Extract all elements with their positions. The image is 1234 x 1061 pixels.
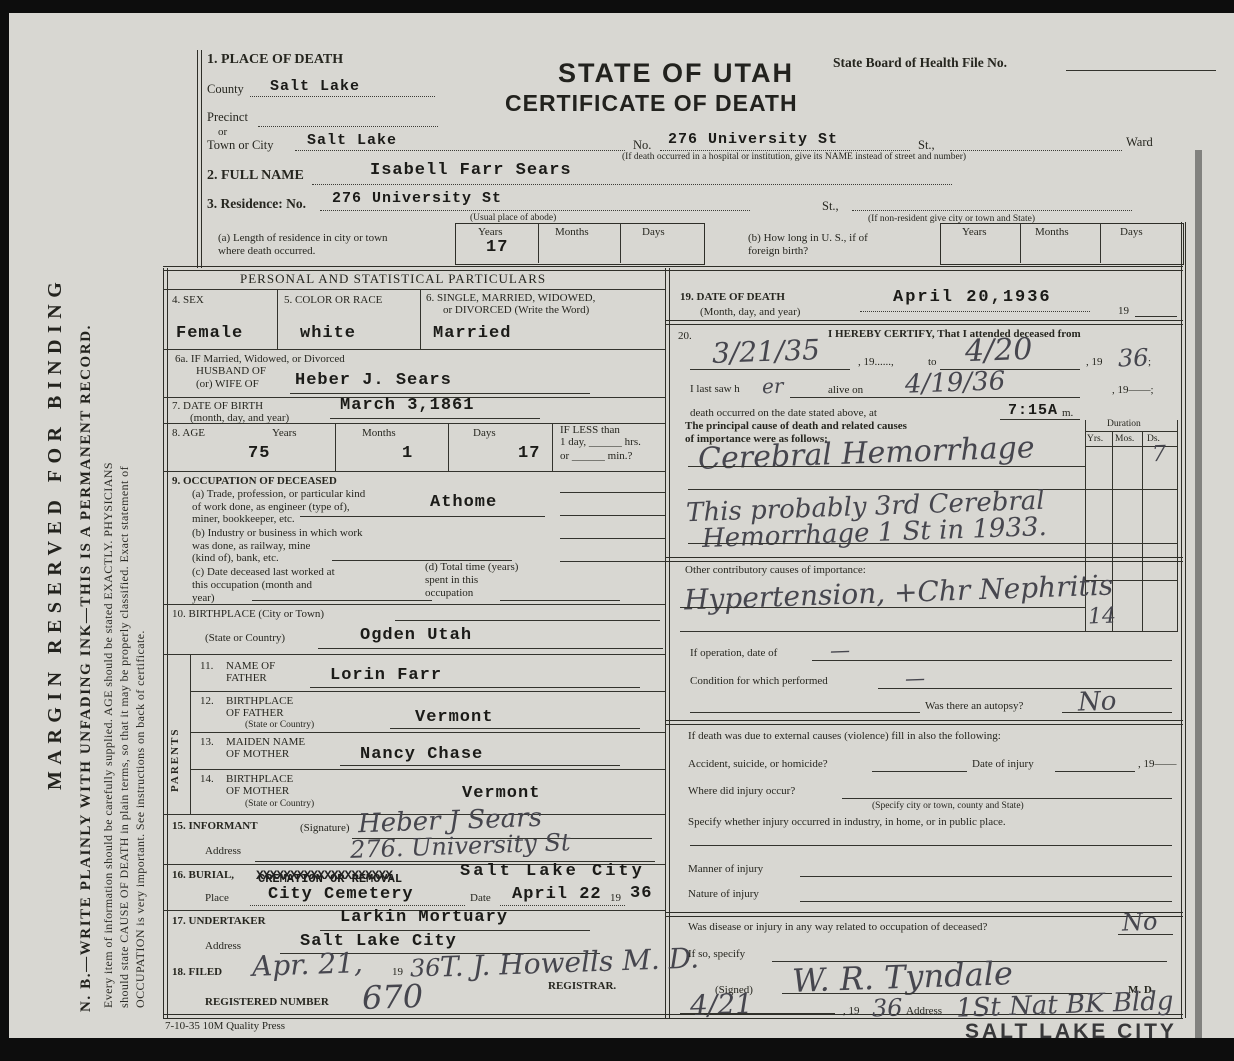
- death-occurred-label: death occurred on the date stated above,…: [690, 407, 877, 419]
- last-saw-label: I last saw h: [690, 383, 740, 395]
- rule: [1112, 431, 1113, 632]
- burial-year-value: 36: [630, 884, 652, 903]
- rule: [190, 769, 665, 770]
- st2-label: St.,: [822, 199, 839, 214]
- age-label: 8. AGE: [172, 427, 205, 439]
- rule: [1135, 316, 1177, 317]
- accident-label: Accident, suicide, or homicide?: [688, 758, 828, 770]
- occupation-a-label: (a) Trade, profession, or particular kin…: [192, 488, 365, 526]
- rule: [1020, 223, 1021, 263]
- rule: [800, 876, 1172, 877]
- sex-label: 4. SEX: [172, 294, 204, 306]
- rule: [1142, 431, 1143, 632]
- burial-value: Salt Lake City: [460, 862, 645, 881]
- rule: [552, 423, 553, 471]
- spouse-value: Heber J. Sears: [295, 371, 452, 390]
- related-occupation-value: No: [1122, 907, 1158, 936]
- form-title: STATE OF UTAH: [558, 58, 794, 89]
- rule: [680, 1013, 835, 1014]
- signed-date-value: 4/21: [689, 987, 753, 1022]
- father-birthplace-sub: (State or Country): [245, 720, 314, 730]
- spouse-label-2: HUSBAND OF: [196, 365, 266, 377]
- rule: [665, 720, 1183, 725]
- full-name-value: Isabell Farr Sears: [370, 161, 572, 180]
- to-label: to: [928, 356, 937, 368]
- age-days-header: Days: [473, 427, 496, 439]
- mother-birthplace-value: Vermont: [462, 784, 540, 803]
- mother-birthplace-num: 14.: [200, 773, 214, 785]
- mother-name-label: MAIDEN NAME OF MOTHER: [226, 736, 305, 760]
- rule: [340, 765, 620, 766]
- date-of-death-value: April 20,1936: [893, 288, 1052, 307]
- burial-place-label: Place: [205, 892, 229, 904]
- mother-birthplace-sub: (State or Country): [245, 799, 314, 809]
- if-less-label-3: or ______ min.?: [560, 450, 632, 462]
- rule: [560, 538, 665, 539]
- county-value: Salt Lake: [270, 78, 360, 95]
- rule: [250, 96, 435, 97]
- rule: [1000, 419, 1080, 420]
- rule: [250, 905, 465, 906]
- alive-on-label: alive on: [828, 384, 863, 396]
- rule: [390, 728, 640, 729]
- date-of-death-sub: (Month, day, and year): [700, 306, 800, 318]
- burial-place-value: City Cemetery: [268, 885, 414, 904]
- rule: [790, 397, 1080, 398]
- semicolon: ;: [1148, 356, 1151, 368]
- or-label: or: [218, 126, 227, 138]
- margin-binding-note: MARGIN RESERVED FOR BINDING: [44, 276, 67, 790]
- rule: [620, 223, 621, 263]
- marital-value: Married: [433, 324, 511, 343]
- rule: [800, 901, 1172, 902]
- place-of-death-heading: 1. PLACE OF DEATH: [207, 52, 343, 68]
- rule: [660, 150, 910, 151]
- header-left-border: [197, 50, 202, 268]
- rule: [560, 492, 665, 493]
- precinct-label: Precinct: [207, 110, 248, 125]
- rule: [320, 930, 590, 931]
- hospital-note: (If death occurred in a hospital or inst…: [622, 152, 966, 162]
- registered-number-label: REGISTERED NUMBER: [205, 996, 329, 1008]
- us-length-label: (b) How long in U. S., if of foreign bir…: [748, 232, 868, 258]
- form-subtitle: CERTIFICATE OF DEATH: [505, 90, 798, 117]
- months-header: Months: [1035, 226, 1069, 238]
- residence-label: 3. Residence: No.: [207, 196, 306, 212]
- cause-duration-days-value: 7: [1152, 442, 1167, 467]
- contrib-duration-value: 14: [1088, 604, 1117, 630]
- duration-yrs-header: Yrs.: [1087, 434, 1103, 444]
- signature-label: (Signature): [300, 822, 349, 834]
- filed-19-label: 19: [392, 966, 403, 978]
- paper-background: [8, 13, 1234, 1038]
- age-days-value: 17: [518, 444, 540, 463]
- spouse-label-3: (or) WIFE OF: [196, 378, 259, 390]
- age-years-value: 75: [248, 444, 270, 463]
- page-edge-shadow: [1195, 150, 1202, 1038]
- rule: [852, 210, 1132, 211]
- section-title: PERSONAL AND STATISTICAL PARTICULARS: [240, 271, 546, 287]
- rule: [500, 905, 625, 906]
- margin-nb-note: N. B.—WRITE PLAINLY WITH UNFADING INK—TH…: [78, 324, 95, 1012]
- rule: [690, 369, 850, 370]
- attended-to-value: 4/20: [964, 332, 1033, 369]
- father-name-label: NAME OF FATHER: [226, 660, 275, 684]
- age-months-value: 1: [402, 444, 413, 463]
- rule: [163, 289, 665, 290]
- occupation-b-label: (b) Industry or business in which work w…: [192, 527, 362, 565]
- occupation-d-label: (d) Total time (years) spent in this occ…: [425, 561, 518, 600]
- rule: [277, 290, 278, 350]
- dob-value: March 3,1861: [340, 396, 474, 415]
- rule: [163, 654, 665, 655]
- date-of-death-label: 19. DATE OF DEATH: [680, 291, 785, 303]
- last-saw-date-value: 4/19/36: [905, 366, 1006, 399]
- rule: [312, 184, 952, 185]
- rule: [812, 660, 1172, 661]
- town-label: Town or City: [207, 138, 274, 153]
- birthplace-label: 10. BIRTHPLACE (City or Town): [172, 608, 324, 620]
- occupation-label: 9. OCCUPATION OF DECEASED: [172, 475, 337, 487]
- rule: [688, 543, 1085, 544]
- specify-note: (Specify city or town, county and State): [872, 801, 1024, 811]
- rule: [420, 290, 421, 350]
- rule: [860, 311, 1090, 312]
- rule: [878, 688, 1172, 689]
- marital-label: 6. SINGLE, MARRIED, WIDOWED,: [426, 292, 595, 304]
- rule: [1118, 934, 1173, 935]
- race-label: 5. COLOR OR RACE: [284, 294, 382, 306]
- registered-number-value: 670: [361, 977, 423, 1017]
- mother-name-num: 13.: [200, 736, 214, 748]
- rule: [1066, 70, 1216, 71]
- form-right-border: [1181, 222, 1186, 1018]
- injury-date-label: Date of injury: [972, 758, 1034, 770]
- days-header: Days: [642, 226, 665, 238]
- years-header: Years: [962, 226, 987, 238]
- rule: [1085, 543, 1177, 544]
- specify-injury-label: Specify whether injury occurred in indus…: [688, 816, 1006, 828]
- scan-edge-top: [0, 0, 1234, 13]
- rule: [163, 471, 665, 472]
- rule: [190, 732, 665, 733]
- sex-value: Female: [176, 324, 243, 343]
- county-label: County: [207, 82, 244, 97]
- residence-length-label: (a) Length of residence in city or town …: [218, 232, 388, 258]
- spouse-label-1: 6a. IF Married, Widowed, or Divorced: [175, 353, 345, 365]
- rule: [690, 712, 920, 713]
- rule: [665, 557, 1183, 562]
- margin-instruction-1: Every item of information should be care…: [101, 462, 116, 1008]
- external-causes-label: If death was due to external causes (vio…: [688, 730, 1001, 742]
- informant-address-label: Address: [205, 845, 241, 857]
- certify-num: 20.: [678, 330, 692, 342]
- death-time-m-label: m.: [1062, 407, 1073, 419]
- comma19b-label: , 19: [1086, 356, 1103, 368]
- occupation-a-value: Athome: [430, 493, 497, 512]
- rule: [680, 607, 1085, 608]
- scan-edge-left: [0, 0, 9, 1061]
- comma19a-label: , 19......,: [858, 356, 894, 368]
- period-label: .: [896, 1005, 899, 1017]
- rule: [842, 798, 1172, 799]
- where-injury-label: Where did injury occur?: [688, 785, 795, 797]
- last-saw-pronoun: er: [762, 374, 784, 399]
- rule: [680, 631, 1177, 632]
- certify-text: I HEREBY CERTIFY, That I attended deceas…: [828, 328, 1081, 340]
- abode-note: (Usual place of abode): [470, 213, 556, 223]
- town-value: Salt Lake: [307, 132, 397, 149]
- birthplace-value: Ogden Utah: [360, 626, 472, 645]
- scanned-death-certificate: MARGIN RESERVED FOR BINDING N. B.—WRITE …: [0, 0, 1234, 1061]
- rule: [448, 423, 449, 471]
- street-no-value: 276 University St: [668, 131, 838, 148]
- rule: [310, 687, 640, 688]
- if-so-specify-label: If so, specify: [688, 948, 745, 960]
- months-header: Months: [555, 226, 589, 238]
- rule: [560, 561, 665, 562]
- birthplace-sub: (State or Country): [205, 632, 285, 644]
- rule: [163, 349, 665, 350]
- undertaker-value: Larkin Mortuary: [340, 908, 508, 927]
- marital-label-2: or DIVORCED (Write the Word): [443, 304, 589, 316]
- residence-value: 276 University St: [332, 190, 502, 207]
- burial-19-label: 19: [610, 892, 621, 904]
- days-header: Days: [1120, 226, 1143, 238]
- nature-of-injury-label: Nature of injury: [688, 888, 759, 900]
- father-birthplace-label: BIRTHPLACE OF FATHER: [226, 695, 293, 719]
- years-header: Years: [478, 226, 503, 238]
- rule: [190, 654, 191, 814]
- age-months-header: Months: [362, 427, 396, 439]
- duration-header: Duration: [1107, 419, 1141, 429]
- burial-date-value: April 22: [512, 885, 602, 904]
- duration-mos-header: Mos.: [1115, 434, 1134, 444]
- form-left-border: [163, 268, 168, 1018]
- rule: [690, 845, 1172, 846]
- burial-label: 16. BURIAL,: [172, 869, 234, 881]
- rule: [688, 466, 1085, 467]
- autopsy-label: Was there an autopsy?: [925, 700, 1023, 712]
- printer-info: 7-10-35 10M Quality Press: [165, 1020, 285, 1032]
- related-occupation-label: Was disease or injury in any way related…: [688, 921, 987, 933]
- margin-instruction-2: should state CAUSE OF DEATH in plain ter…: [117, 466, 132, 1008]
- rule: [290, 393, 590, 394]
- registrar-label: REGISTRAR.: [548, 980, 616, 992]
- signed-address-label: Address: [906, 1005, 942, 1017]
- rule: [1062, 712, 1172, 713]
- rule: [395, 620, 660, 621]
- comma19e-label: , 19: [843, 1005, 860, 1017]
- dob-label: 7. DATE OF BIRTH: [172, 400, 263, 412]
- center-divider: [665, 268, 670, 1018]
- if-less-label-2: 1 day, ______ hrs.: [560, 436, 641, 448]
- rule: [665, 912, 1183, 917]
- rule: [1177, 420, 1178, 632]
- rule: [163, 604, 665, 605]
- filed-date-value: Apr. 21,: [251, 946, 363, 983]
- full-name-label: 2. FULL NAME: [207, 168, 304, 184]
- rule: [560, 515, 665, 516]
- rule: [258, 126, 438, 127]
- burial-x-overlay: XXXXXXXXXXXXXXXXXXXX: [256, 868, 392, 883]
- rule: [665, 320, 1183, 325]
- rule: [330, 418, 540, 419]
- rule: [295, 150, 625, 151]
- undertaker-address-label: Address: [205, 940, 241, 952]
- rule: [1100, 223, 1101, 263]
- attended-from-value: 3/21/35: [711, 333, 820, 370]
- rule: [1055, 771, 1135, 772]
- margin-instruction-3: OCCUPATION is very important. See instru…: [133, 630, 148, 1008]
- ward-label: Ward: [1126, 135, 1153, 150]
- rule: [538, 223, 539, 263]
- operation-mark: —: [830, 638, 851, 663]
- operation-label: If operation, date of: [690, 647, 777, 659]
- rule: [190, 691, 665, 692]
- rule: [320, 210, 750, 211]
- mother-name-value: Nancy Chase: [360, 745, 483, 764]
- informant-label: 15. INFORMANT: [172, 820, 258, 832]
- parents-label: PARENTS: [169, 727, 181, 792]
- dod-19-label: 19: [1118, 305, 1129, 317]
- street-no-label: No.: [633, 138, 651, 153]
- filed-label: 18. FILED: [172, 966, 222, 978]
- rule: [872, 771, 967, 772]
- rule: [335, 423, 336, 471]
- manner-of-injury-label: Manner of injury: [688, 863, 763, 875]
- rule: [500, 600, 620, 601]
- rule: [252, 600, 432, 601]
- contrib-label: Other contributory causes of importance:: [685, 564, 866, 576]
- comma19d-label: , 19——: [1138, 758, 1177, 770]
- condition-label: Condition for which performed: [690, 675, 828, 687]
- race-value: white: [300, 324, 356, 343]
- rule: [950, 150, 1122, 151]
- father-birthplace-value: Vermont: [415, 708, 493, 727]
- father-name-num: 11.: [200, 660, 213, 672]
- death-time-value: 7:15A: [1008, 402, 1058, 419]
- scan-edge-bottom: [0, 1038, 1234, 1061]
- attended-to-year: 36: [1118, 343, 1150, 372]
- st-label: St.,: [918, 138, 935, 153]
- rule: [1085, 489, 1177, 490]
- rule: [300, 516, 545, 517]
- age-years-header: Years: [272, 427, 297, 439]
- father-birthplace-num: 12.: [200, 695, 214, 707]
- condition-mark: —: [905, 666, 926, 691]
- residence-years-value: 17: [486, 238, 508, 257]
- if-less-label-1: IF LESS than: [560, 424, 620, 436]
- comma19c-label: , 19——;: [1112, 384, 1154, 396]
- father-name-value: Lorin Farr: [330, 666, 442, 685]
- rule: [1085, 431, 1177, 432]
- burial-date-label: Date: [470, 892, 491, 904]
- file-no-label: State Board of Health File No.: [833, 55, 1007, 71]
- undertaker-label: 17. UNDERTAKER: [172, 915, 266, 927]
- mother-birthplace-label: BIRTHPLACE OF MOTHER: [226, 773, 293, 797]
- rule: [318, 648, 663, 649]
